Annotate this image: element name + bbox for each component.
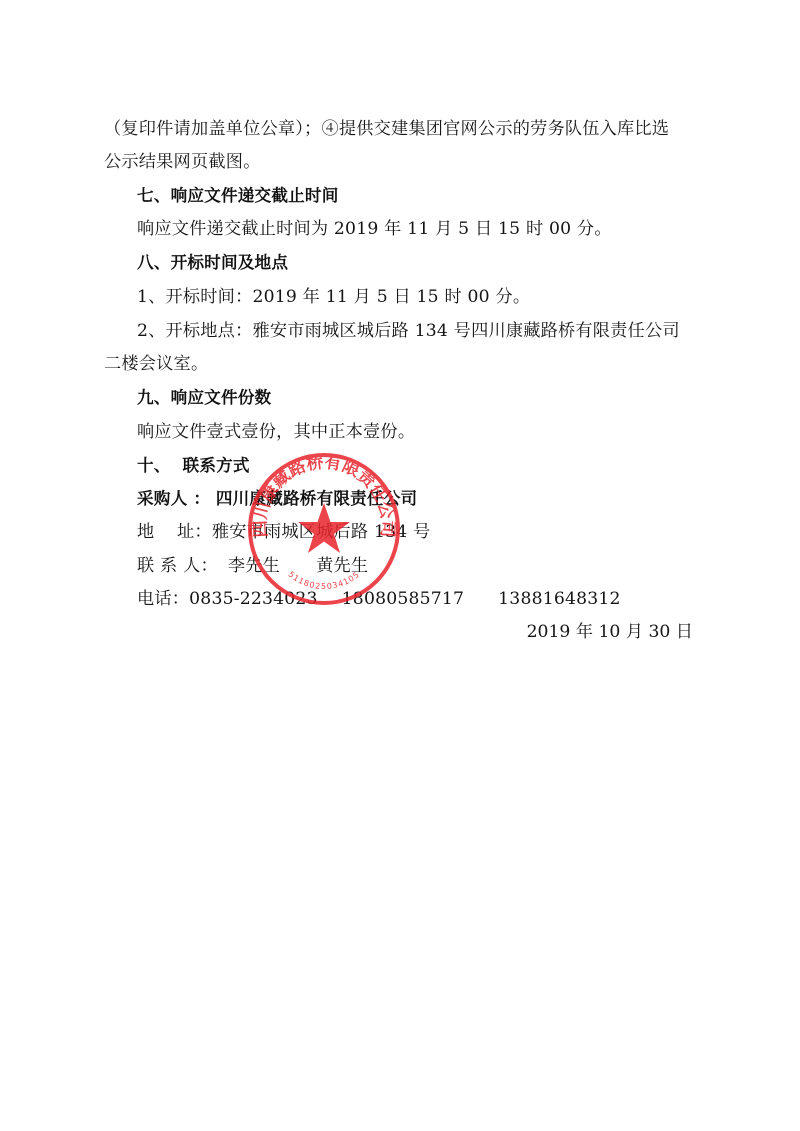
purchaser-value: 四川康藏路桥有限责任公司 (216, 489, 418, 508)
section-heading-7: 七、响应文件递交截止时间 (137, 185, 339, 207)
contact-person-row: 联 系 人：李先生黄先生 (137, 555, 368, 577)
document-date: 2019 年 10 月 30 日 (527, 621, 693, 643)
contact-person-2: 黄先生 (316, 556, 368, 576)
submission-deadline-text: 响应文件递交截止时间为 2019 年 11 月 5 日 15 时 00 分。 (137, 218, 612, 240)
phone-row: 电话：0835-22340231808058571713881648312 (137, 588, 621, 610)
phone-3: 13881648312 (498, 589, 621, 609)
opening-location-text: 2、开标地点：雅安市雨城区城后路 134 号四川康藏路桥有限责任公司 (137, 320, 680, 342)
opening-time-text: 1、开标时间：2019 年 11 月 5 日 15 时 00 分。 (137, 286, 530, 308)
phone-label: 电话： (137, 589, 189, 609)
address-row: 地 址：雅安市雨城区城后路 134 号 (137, 521, 430, 543)
section-heading-9: 九、响应文件份数 (137, 387, 271, 409)
contact-label: 联 系 人： (137, 556, 218, 576)
purchaser-row: 采购人 ： 四川康藏路桥有限责任公司 (137, 488, 417, 510)
document-page: （复印件请加盖单位公章）；④提供交建集团官网公示的劳务队伍入库比选 公示结果网页… (0, 0, 800, 1131)
phone-2: 18080585717 (342, 589, 465, 609)
phone-1: 0835-2234023 (189, 589, 318, 609)
section-heading-10: 十、 联系方式 (137, 455, 250, 477)
purchaser-label: 采购人 ： (137, 489, 210, 508)
section-heading-8: 八、开标时间及地点 (137, 252, 288, 274)
paragraph-line: 公示结果网页截图。 (104, 151, 261, 173)
copies-text: 响应文件壹式壹份，其中正本壹份。 (137, 421, 415, 443)
contact-person-1: 李先生 (228, 556, 280, 576)
paragraph-line: （复印件请加盖单位公章）；④提供交建集团官网公示的劳务队伍入库比选 (104, 118, 669, 140)
opening-location-text-cont: 二楼会议室。 (104, 353, 208, 375)
address-value: 雅安市雨城区城后路 134 号 (212, 522, 431, 542)
address-label: 地 址： (137, 522, 212, 542)
